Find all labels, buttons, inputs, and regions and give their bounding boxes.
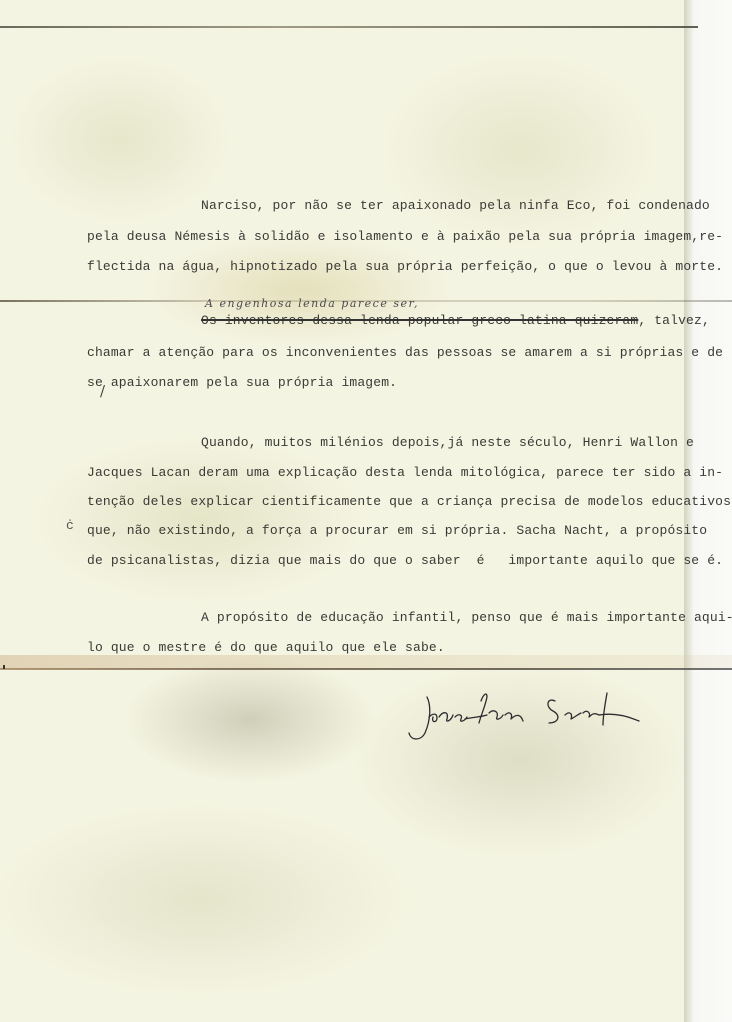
handwritten-correction: A engenhosa lenda parece ser, (205, 297, 419, 310)
text-fragment: , talvez, (638, 313, 710, 328)
text-line: chamar a atenção para os inconvenientes … (87, 345, 723, 360)
text-line: lo que o mestre é do que aquilo que ele … (87, 640, 445, 655)
text-line: Narciso, por não se ter apaixonado pela … (201, 198, 710, 213)
margin-dot (3, 665, 5, 669)
fold-line-top (0, 26, 698, 28)
handwritten-signature (405, 683, 660, 743)
correction-slash-mark: / (100, 382, 105, 400)
text-line: Quando, muitos milénios depois,já neste … (201, 435, 694, 450)
text-line: que, não existindo, a força a procurar e… (87, 523, 707, 538)
text-line: Os inventores dessa lenda popular greco-… (201, 313, 710, 328)
text-line: A propósito de educação infantil, penso … (201, 610, 732, 625)
text-line: pela deusa Némesis à solidão e isolament… (87, 229, 723, 244)
struck-text: Os inventores dessa lenda popular greco-… (201, 313, 638, 328)
scanned-page (0, 0, 690, 1022)
fold-line-lower (0, 668, 732, 670)
text-line: de psicanalistas, dizia que mais do que … (87, 553, 723, 568)
text-line: Jacques Lacan deram uma explicação desta… (87, 465, 723, 480)
margin-annotation-mark: ċ (66, 518, 74, 533)
text-line: tenção deles explicar cientificamente qu… (87, 494, 732, 509)
text-line: se apaixonarem pela sua própria imagem. (87, 375, 397, 390)
text-line: flectida na água, hipnotizado pela sua p… (87, 259, 723, 274)
scan-margin (684, 0, 732, 1022)
paper-stain (0, 655, 732, 669)
